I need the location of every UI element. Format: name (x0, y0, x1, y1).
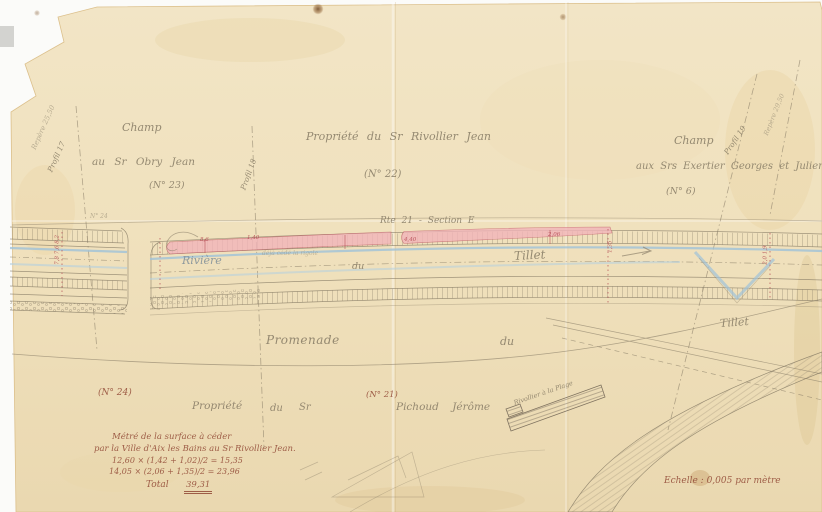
scanner-background (0, 26, 14, 47)
scanned-survey-plan: Repère 25,50 Profil 17 Champ au Sr Obry … (0, 0, 822, 512)
plan-drawing (0, 0, 822, 512)
